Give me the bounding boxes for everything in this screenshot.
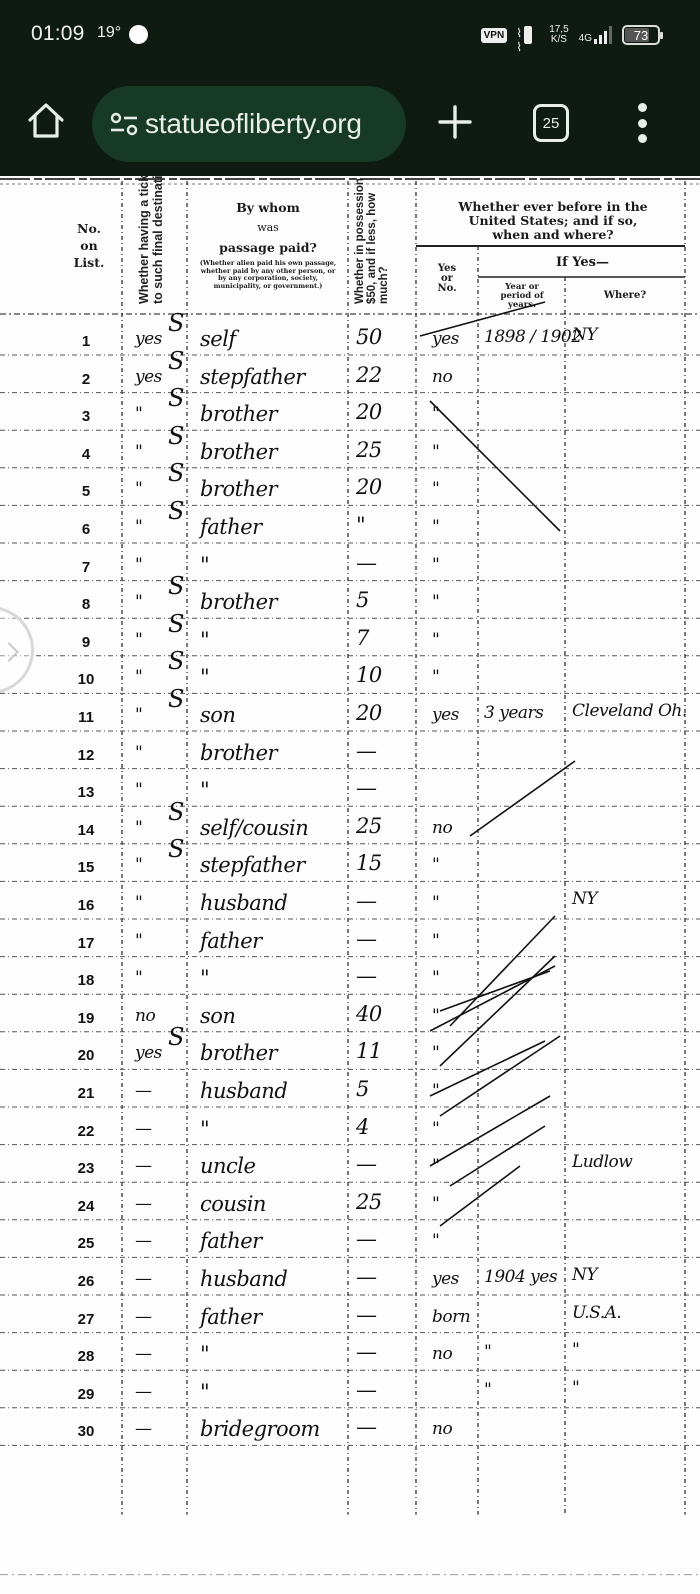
before-yes-no: no — [432, 367, 452, 387]
ticket-value: — — [135, 1231, 152, 1251]
ticket-mark: S — [168, 347, 184, 375]
money-amount: 25 — [356, 1190, 382, 1214]
ticket-mark: S — [168, 572, 184, 600]
battery-icon: 73 — [622, 25, 660, 45]
before-yes-no: no — [432, 1344, 452, 1364]
ticket-value: " — [135, 555, 142, 575]
address-bar[interactable]: statueofliberty.org — [92, 86, 406, 162]
before-yes-no: " — [432, 479, 439, 499]
header-passage-note: (Whether alien paid his own passage, whe… — [192, 258, 344, 292]
money-amount: — — [356, 1378, 377, 1402]
ticket-value: " — [135, 743, 142, 763]
row-number: 14 — [60, 822, 112, 839]
header-if-yes: If Yes— — [480, 255, 685, 270]
ticket-value: — — [135, 1119, 152, 1139]
before-year: 1904 yes — [484, 1267, 557, 1287]
money-amount: — — [356, 739, 377, 763]
money-amount: 4 — [356, 1115, 369, 1139]
ticket-mark: S — [168, 384, 184, 412]
browser-toolbar: statueofliberty.org 25 — [0, 72, 700, 176]
passage-paid-by: father — [200, 929, 262, 953]
status-bar: 01:09 19° VPN 17,5 K/S 4G 73 — [0, 0, 700, 72]
passage-paid-by: stepfather — [200, 853, 305, 877]
passage-paid-by: brother — [200, 741, 277, 765]
row-number: 18 — [60, 972, 112, 989]
before-yes-no: yes — [432, 329, 459, 349]
before-yes-no: " — [432, 404, 439, 424]
row-number: 30 — [60, 1423, 112, 1440]
before-yes-no: " — [432, 1156, 439, 1176]
money-amount: 7 — [356, 626, 369, 650]
before-year: 1898 / 1902 — [484, 327, 582, 347]
passage-paid-by: brother — [200, 590, 277, 614]
passage-paid-by: father — [200, 515, 262, 539]
header-money: Whether in possession of $50, and if les… — [354, 176, 390, 304]
ticket-value: — — [135, 1344, 152, 1364]
before-yes-no: " — [432, 1231, 439, 1251]
header-passage-line1: By whom — [192, 198, 344, 218]
network-speed: 17,5 K/S — [549, 25, 568, 45]
before-yes-no: no — [432, 818, 452, 838]
money-amount: — — [356, 1303, 377, 1327]
passage-paid-by: brother — [200, 1041, 277, 1065]
passage-paid-by: stepfather — [200, 365, 305, 389]
before-where: " — [572, 1340, 579, 1360]
money-amount: 11 — [356, 1039, 382, 1063]
ticket-value: no — [135, 1006, 155, 1026]
ticket-value: " — [135, 404, 142, 424]
ticket-value: — — [135, 1307, 152, 1327]
row-number: 15 — [60, 859, 112, 876]
money-amount: 10 — [356, 663, 382, 687]
money-amount: 5 — [356, 588, 369, 612]
header-before-line3: when and where? — [422, 228, 684, 242]
more-vert-icon — [638, 103, 647, 112]
plus-icon — [437, 104, 473, 140]
ticket-mark: S — [168, 1023, 184, 1051]
passage-paid-by: self/cousin — [200, 816, 308, 840]
ticket-mark: S — [168, 647, 184, 675]
passage-paid-by: " — [200, 628, 209, 652]
before-yes-no: " — [432, 517, 439, 537]
ticket-mark: S — [168, 309, 184, 337]
before-where: U.S.A. — [572, 1303, 621, 1323]
ticket-value: — — [135, 1194, 152, 1214]
ticket-value: " — [135, 517, 142, 537]
ticket-value: — — [135, 1156, 152, 1176]
passage-paid-by: husband — [200, 1267, 287, 1291]
money-amount: — — [356, 1415, 377, 1439]
money-amount: — — [356, 1340, 377, 1364]
before-year: " — [484, 1342, 491, 1362]
money-amount: 25 — [356, 438, 382, 462]
money-amount: — — [356, 776, 377, 800]
passage-paid-by: " — [200, 1380, 209, 1404]
row-number: 3 — [60, 408, 112, 425]
money-amount: — — [356, 889, 377, 913]
ticket-value: " — [135, 442, 142, 462]
tab-count: 25 — [543, 115, 560, 132]
before-where: Cleveland Oh. — [572, 701, 687, 721]
before-yes-no: " — [432, 630, 439, 650]
passage-paid-by: husband — [200, 891, 287, 915]
money-amount: — — [356, 551, 377, 575]
ticket-value: yes — [135, 1043, 162, 1063]
before-yes-no: " — [432, 855, 439, 875]
ticket-value: — — [135, 1382, 152, 1402]
row-number: 7 — [60, 559, 112, 576]
ticket-value: — — [135, 1269, 152, 1289]
status-icons: VPN 17,5 K/S 4G 73 — [481, 22, 660, 48]
passage-paid-by: son — [200, 703, 235, 727]
before-yes-no: " — [432, 667, 439, 687]
row-number: 22 — [60, 1123, 112, 1140]
row-number: 16 — [60, 897, 112, 914]
before-yes-no: " — [432, 592, 439, 612]
header-ticket-line2: to such final destination. — [151, 176, 165, 304]
row-number: 2 — [60, 371, 112, 388]
ticket-value: " — [135, 630, 142, 650]
row-number: 11 — [60, 709, 112, 726]
row-number: 24 — [60, 1198, 112, 1215]
ticket-value: " — [135, 893, 142, 913]
header-before-line1: Whether ever before in the — [422, 200, 684, 214]
ticket-value: " — [135, 592, 142, 612]
passage-paid-by: self — [200, 327, 236, 351]
ticket-value: " — [135, 780, 142, 800]
before-yes-no: " — [432, 555, 439, 575]
row-number: 5 — [60, 483, 112, 500]
money-amount: 50 — [356, 325, 382, 349]
network-type: 4G — [579, 34, 592, 44]
home-button[interactable] — [25, 100, 67, 142]
header-passage-paid: By whom was passage paid? (Whether alien… — [192, 198, 344, 292]
ticket-value: " — [135, 705, 142, 725]
manifest-grid — [0, 176, 700, 1594]
before-yes-no: " — [432, 1081, 439, 1101]
before-where: Ludlow — [572, 1152, 632, 1172]
passage-paid-by: father — [200, 1305, 262, 1329]
passage-paid-by: " — [200, 1117, 209, 1141]
ticket-value: yes — [135, 367, 162, 387]
passage-paid-by: " — [200, 778, 209, 802]
before-year: " — [484, 1380, 491, 1400]
header-money-line2: $50, and if less, how — [366, 176, 378, 304]
money-amount: 40 — [356, 1002, 382, 1026]
before-yes-no: born — [432, 1307, 470, 1327]
row-number: 9 — [60, 634, 112, 651]
row-number: 6 — [60, 521, 112, 538]
row-number: 17 — [60, 935, 112, 952]
ticket-mark: S — [168, 459, 184, 487]
header-yes-or-no: Yes or No. — [422, 264, 472, 294]
manifest-page[interactable]: No. on List. Whether having a ticket to … — [0, 176, 700, 1594]
home-icon — [25, 100, 67, 142]
more-menu-button[interactable] — [634, 103, 650, 143]
header-no-line: No. — [62, 220, 116, 237]
clock: 01:09 — [31, 22, 85, 46]
network-speed-unit: K/S — [551, 34, 567, 45]
row-number: 23 — [60, 1160, 112, 1177]
ticket-value: " — [135, 667, 142, 687]
signal-icon: 4G — [579, 26, 612, 44]
header-year-line3: years. — [480, 301, 564, 310]
header-year-period: Year or period of years. — [480, 283, 564, 310]
ticket-value: yes — [135, 329, 162, 349]
before-where: NY — [572, 325, 597, 345]
ticket-value: " — [135, 479, 142, 499]
before-where: NY — [572, 889, 597, 909]
money-amount: — — [356, 1152, 377, 1176]
url-text[interactable]: statueofliberty.org — [145, 108, 390, 140]
row-number: 29 — [60, 1386, 112, 1403]
money-amount: 5 — [356, 1077, 369, 1101]
before-yes-no: yes — [432, 1269, 459, 1289]
header-where: Where? — [566, 290, 684, 301]
row-number: 1 — [60, 333, 112, 350]
passage-paid-by: " — [200, 665, 209, 689]
money-amount: — — [356, 1265, 377, 1289]
passage-paid-by: son — [200, 1004, 235, 1028]
passage-paid-by: brother — [200, 477, 277, 501]
passage-paid-by: father — [200, 1229, 262, 1253]
header-on-line: on — [62, 237, 116, 254]
vpn-icon: VPN — [481, 28, 508, 43]
passage-paid-by: bridegroom — [200, 1417, 320, 1441]
before-yes-no: no — [432, 1419, 452, 1439]
header-no-line2: No. — [422, 284, 472, 294]
before-yes-no: " — [432, 1119, 439, 1139]
header-ticket-line1: Whether having a ticket — [137, 176, 151, 304]
notification-dot-icon — [129, 25, 148, 44]
before-yes-no: " — [432, 1043, 439, 1063]
money-amount: 22 — [356, 363, 382, 387]
passage-paid-by: " — [200, 553, 209, 577]
ticket-value: " — [135, 931, 142, 951]
header-passage-line3: passage paid? — [192, 238, 344, 258]
before-yes-no: " — [432, 893, 439, 913]
passage-paid-by: husband — [200, 1079, 287, 1103]
tune-icon[interactable] — [109, 112, 139, 136]
money-amount: " — [356, 513, 365, 537]
ticket-mark: S — [168, 610, 184, 638]
before-where: " — [572, 1378, 579, 1398]
header-list-line: List. — [62, 254, 116, 271]
before-yes-no: " — [432, 1194, 439, 1214]
money-amount: — — [356, 1227, 377, 1251]
row-number: 19 — [60, 1010, 112, 1027]
before-where: NY — [572, 1265, 597, 1285]
header-before-in-us: Whether ever before in the United States… — [422, 200, 684, 242]
row-number: 25 — [60, 1235, 112, 1252]
ticket-mark: S — [168, 685, 184, 713]
battery-percent: 73 — [634, 28, 648, 43]
money-amount: 20 — [356, 701, 382, 725]
row-number: 4 — [60, 446, 112, 463]
row-number: 12 — [60, 747, 112, 764]
header-before-line2: United States; and if so, — [422, 214, 684, 228]
money-amount: — — [356, 927, 377, 951]
row-number: 10 — [60, 671, 112, 688]
passage-paid-by: cousin — [200, 1192, 266, 1216]
row-number: 13 — [60, 784, 112, 801]
ticket-value: " — [135, 818, 142, 838]
money-amount: 20 — [356, 475, 382, 499]
row-number: 20 — [60, 1047, 112, 1064]
before-yes-no: yes — [432, 705, 459, 725]
vibrate-icon — [517, 25, 539, 45]
row-number: 21 — [60, 1085, 112, 1102]
header-money-line1: Whether in possession of — [354, 176, 366, 304]
money-amount: 25 — [356, 814, 382, 838]
passage-paid-by: " — [200, 966, 209, 990]
row-number: 8 — [60, 596, 112, 613]
ticket-value: " — [135, 968, 142, 988]
ticket-mark: S — [168, 798, 184, 826]
header-no-on-list: No. on List. — [62, 220, 116, 271]
temperature: 19° — [97, 24, 121, 42]
money-amount: 15 — [356, 851, 382, 875]
ticket-value: — — [135, 1419, 152, 1439]
row-number: 26 — [60, 1273, 112, 1290]
before-yes-no: " — [432, 931, 439, 951]
passage-paid-by: brother — [200, 402, 277, 426]
new-tab-button[interactable] — [437, 104, 473, 140]
money-amount: 20 — [356, 400, 382, 424]
row-number: 28 — [60, 1348, 112, 1365]
ticket-mark: S — [168, 422, 184, 450]
ticket-mark: S — [168, 835, 184, 863]
row-number: 27 — [60, 1311, 112, 1328]
tab-switcher-button[interactable]: 25 — [533, 104, 569, 142]
money-amount: — — [356, 964, 377, 988]
passage-paid-by: uncle — [200, 1154, 255, 1178]
ticket-value: " — [135, 855, 142, 875]
passage-paid-by: brother — [200, 440, 277, 464]
header-ticket: Whether having a ticket to such final de… — [137, 176, 165, 304]
before-yes-no: " — [432, 968, 439, 988]
before-year: 3 years — [484, 703, 543, 723]
before-yes-no: " — [432, 1006, 439, 1026]
header-passage-line2: was — [192, 218, 344, 238]
passage-paid-by: " — [200, 1342, 209, 1366]
ticket-mark: S — [168, 497, 184, 525]
ticket-value: — — [135, 1081, 152, 1101]
header-money-line3: much? — [378, 176, 390, 304]
before-yes-no: " — [432, 442, 439, 462]
